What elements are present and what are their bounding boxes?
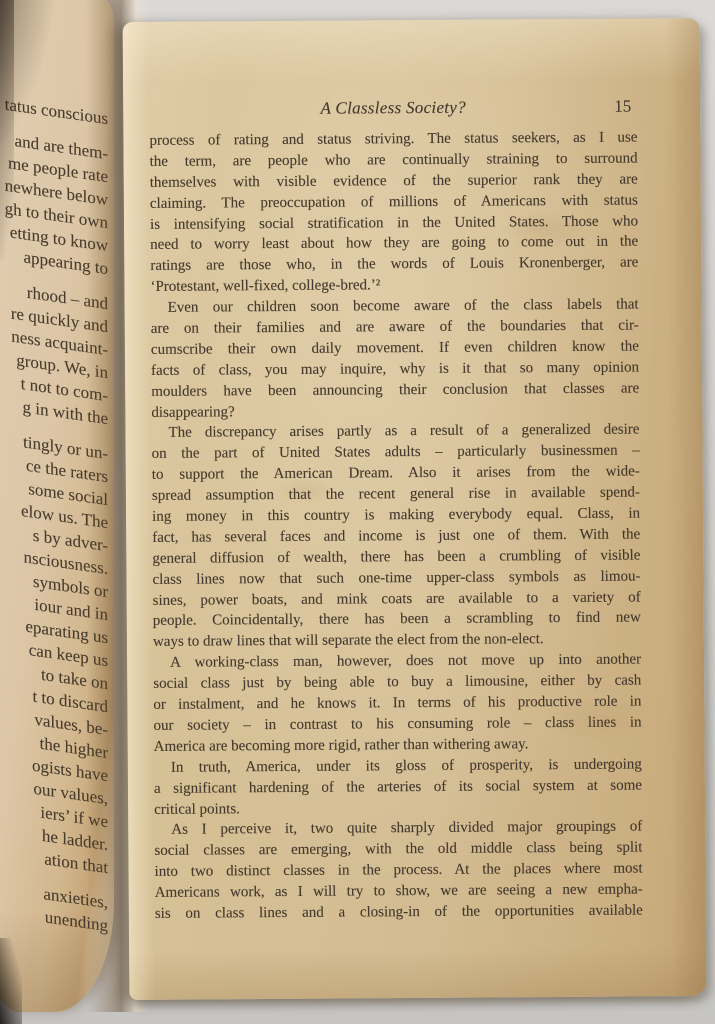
text-line: claiming. The preoccupation of millions …: [150, 190, 638, 214]
running-header: A Classless Society? 15: [149, 96, 637, 121]
text-line: sis on class lines and a closing-in of t…: [155, 900, 643, 924]
text-line: moulders have been announcing their conc…: [151, 378, 639, 402]
text-line: themselves with visible evidence of the …: [150, 169, 638, 193]
right-page: A Classless Society? 15 process of ratin…: [123, 18, 707, 1000]
text-line: In truth, America, under its gloss of pr…: [154, 754, 642, 778]
page-body: process of rating and status striving. T…: [149, 127, 643, 924]
text-line: our society – in contrast to his consumi…: [153, 712, 641, 736]
text-line: class lines now that such one-time upper…: [152, 566, 640, 590]
text-line: people. Coincidentally, there has been a…: [153, 608, 641, 632]
text-line: facts of class, you may inquire, why is …: [151, 357, 639, 381]
right-page-content: A Classless Society? 15 process of ratin…: [123, 18, 706, 925]
book-photo-background: tatus consciousand are them-me people ra…: [0, 0, 715, 1024]
bottom-left-shadow: [0, 938, 22, 1024]
text-line: a significant hardening of the arteries …: [154, 775, 642, 799]
running-header-title: A Classless Society?: [320, 98, 466, 118]
page-number: 15: [614, 96, 631, 116]
text-line: ratings are those who, in the words of L…: [150, 253, 638, 277]
text-line: general diffusion of wealth, there has b…: [152, 545, 640, 569]
top-left-shadow: [0, 0, 14, 260]
